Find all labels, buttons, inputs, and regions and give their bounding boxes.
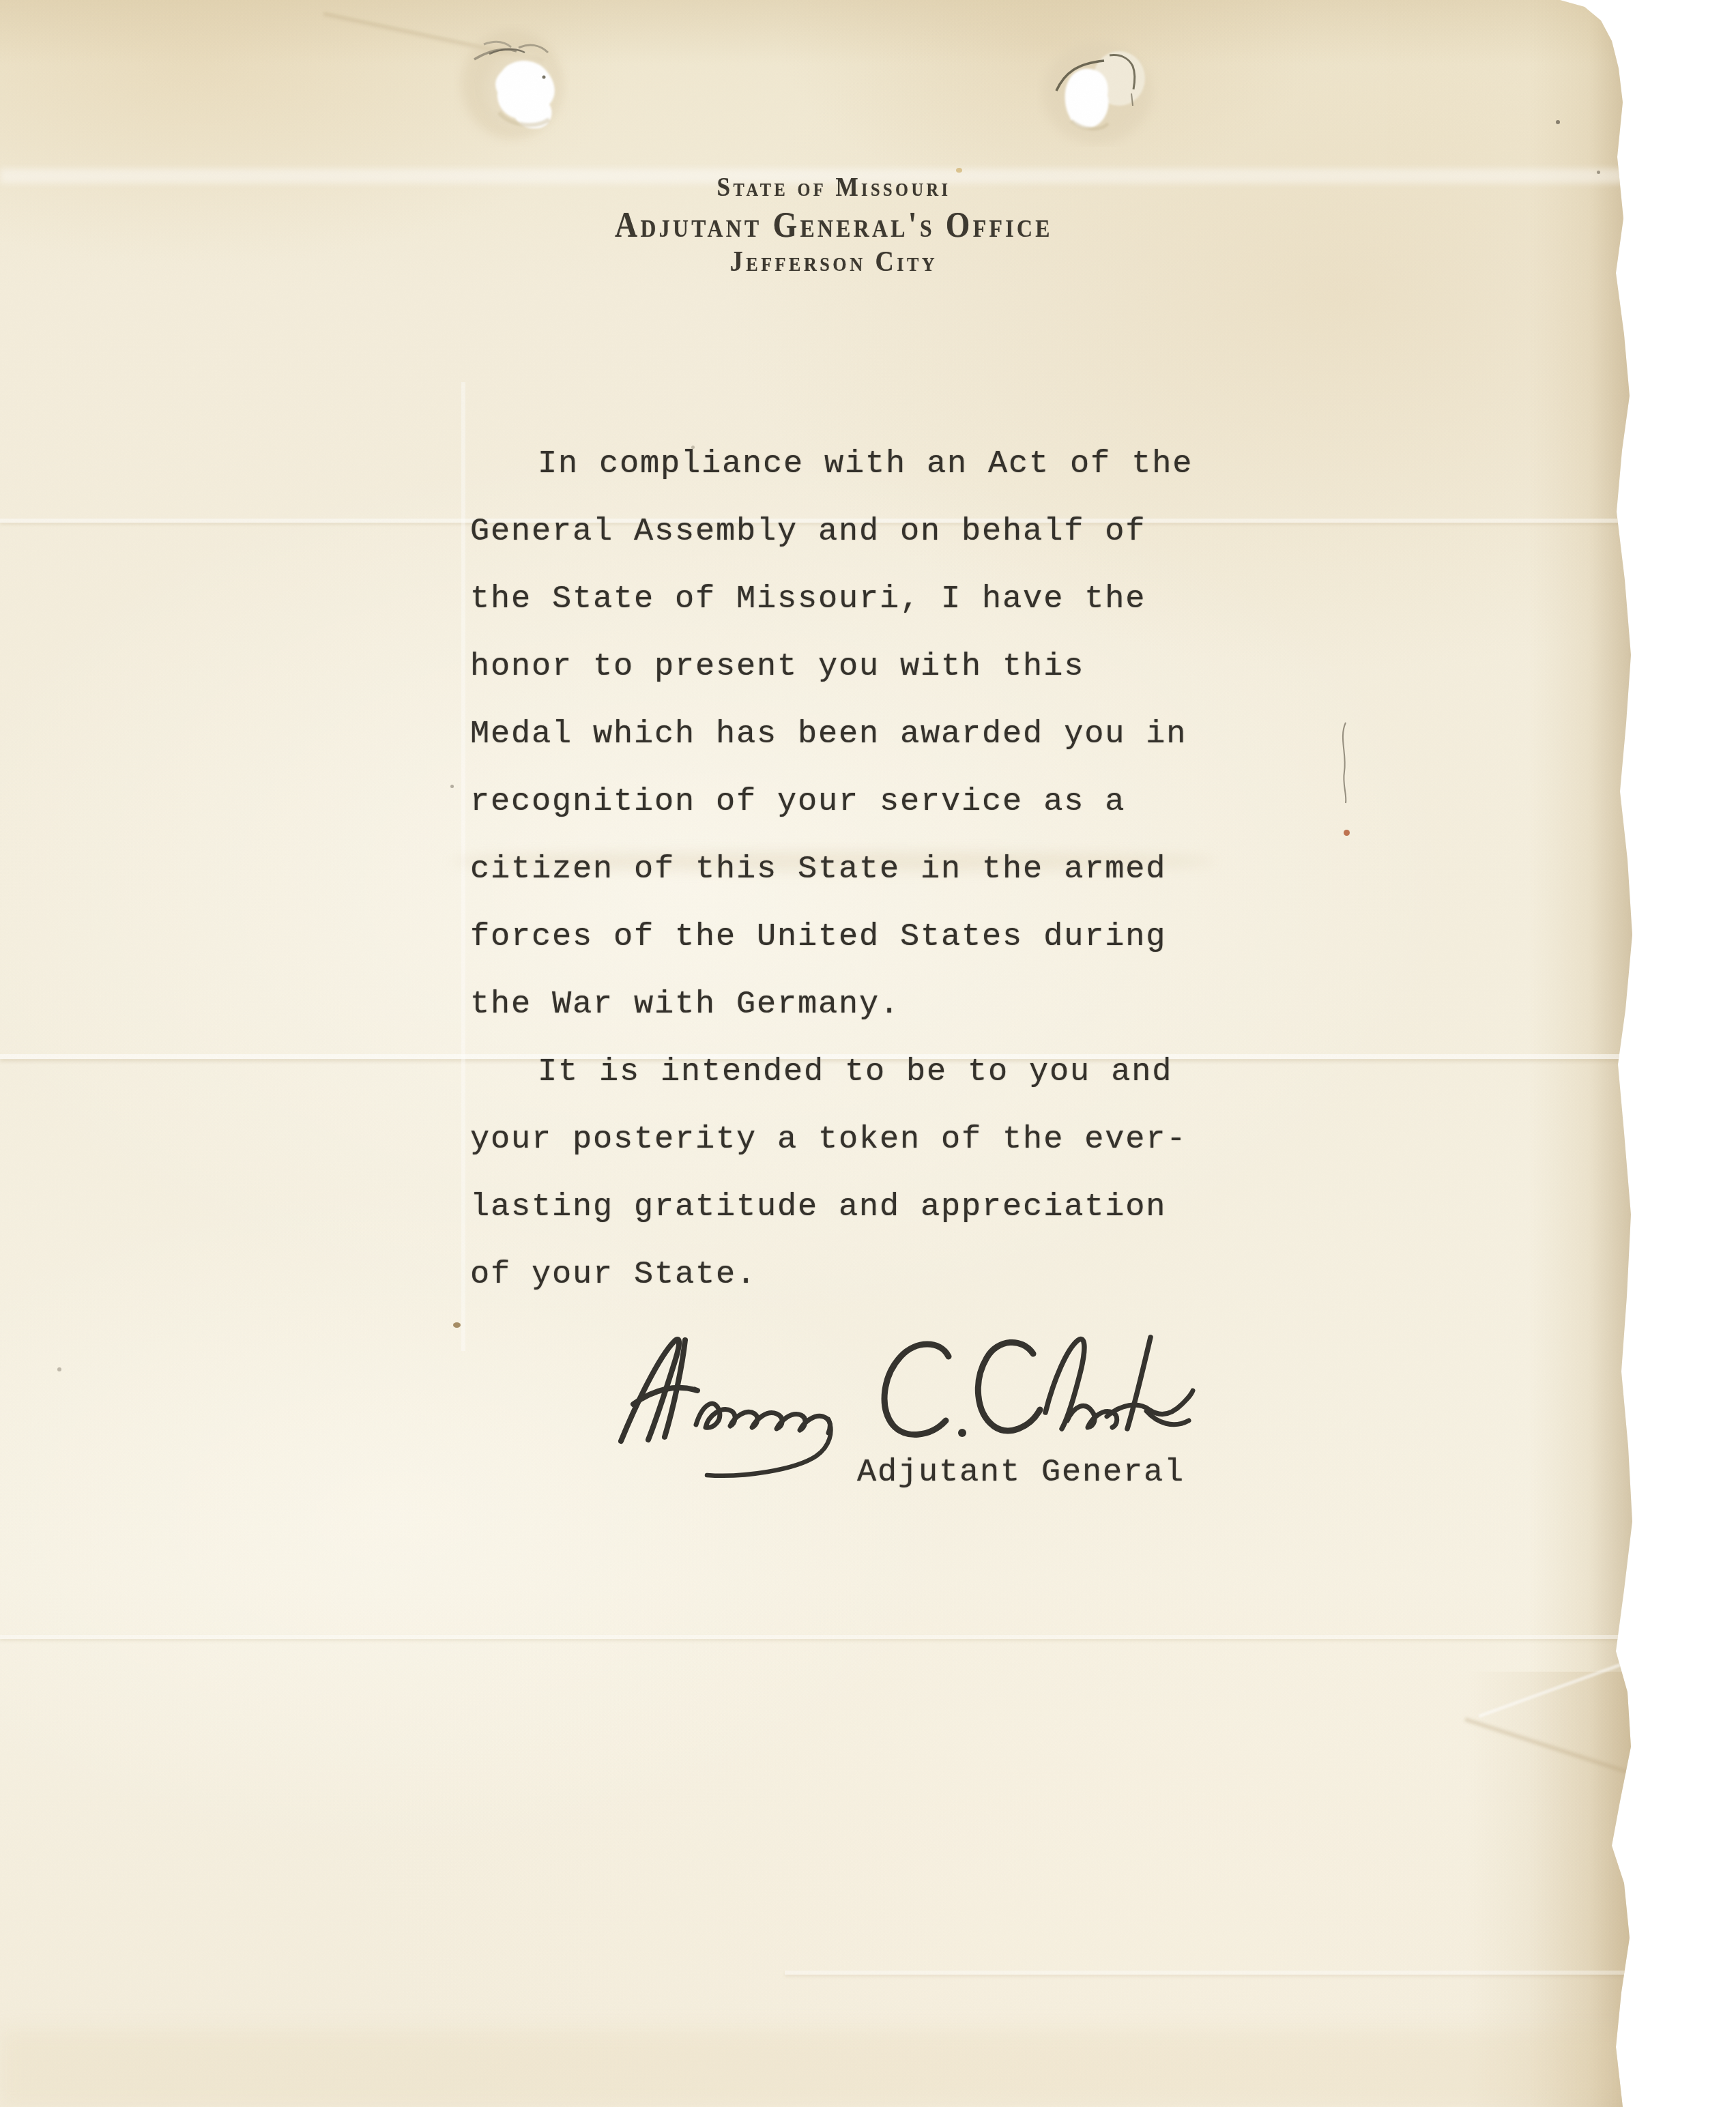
body-line: your posterity a token of the ever- — [470, 1106, 1193, 1174]
aging-band-bottom — [0, 2030, 1631, 2107]
paper-sheet: State of Missouri Adjutant General's Off… — [0, 0, 1638, 2107]
paper-speck-yellow — [956, 168, 962, 173]
paper-top-shade — [0, 0, 1638, 65]
body-line: the State of Missouri, I have the — [470, 566, 1193, 633]
signature-harvey-c-clark — [601, 1317, 1215, 1549]
torn-punch-hole-right — [1037, 31, 1160, 147]
letter-body: In compliance with an Act of theGeneral … — [470, 431, 1193, 1309]
body-line: It is intended to be to you and — [470, 1038, 1193, 1106]
scanned-letter-page: State of Missouri Adjutant General's Off… — [0, 0, 1736, 2107]
torn-punch-hole-left — [454, 24, 570, 147]
body-line: General Assembly and on behalf of — [470, 498, 1193, 566]
paper-speck — [1597, 171, 1600, 174]
body-line: the War with Germany. — [470, 971, 1193, 1038]
body-line: recognition of your service as a — [470, 768, 1193, 836]
hairline-mark — [1336, 718, 1363, 807]
paper-speck — [450, 785, 454, 788]
body-line: honor to present you with this — [470, 633, 1193, 701]
body-line: citizen of this State in the armed — [470, 836, 1193, 903]
paper-speck — [691, 446, 695, 449]
body-line: In compliance with an Act of the — [470, 431, 1193, 498]
body-line: of your State. — [470, 1241, 1193, 1309]
body-line: Medal which has been awarded you in — [470, 701, 1193, 768]
signer-title: Adjutant General — [857, 1439, 1185, 1507]
vertical-crease — [461, 382, 465, 1351]
letterhead-city: Jefferson City — [465, 246, 1202, 278]
body-line: forces of the United States during — [470, 903, 1193, 971]
paper-speck-red — [1344, 830, 1350, 836]
paper-speck — [1556, 120, 1560, 124]
paper-bottom-right-shade — [1467, 1672, 1638, 2107]
body-line: lasting gratitude and appreciation — [470, 1174, 1193, 1241]
fold-crease-lower — [0, 1635, 1631, 1639]
letterhead-state: State of Missouri — [465, 172, 1202, 203]
letterhead-office: Adjutant General's Office — [474, 205, 1194, 246]
paper-speck — [57, 1367, 61, 1371]
paper-speck — [453, 1322, 461, 1328]
